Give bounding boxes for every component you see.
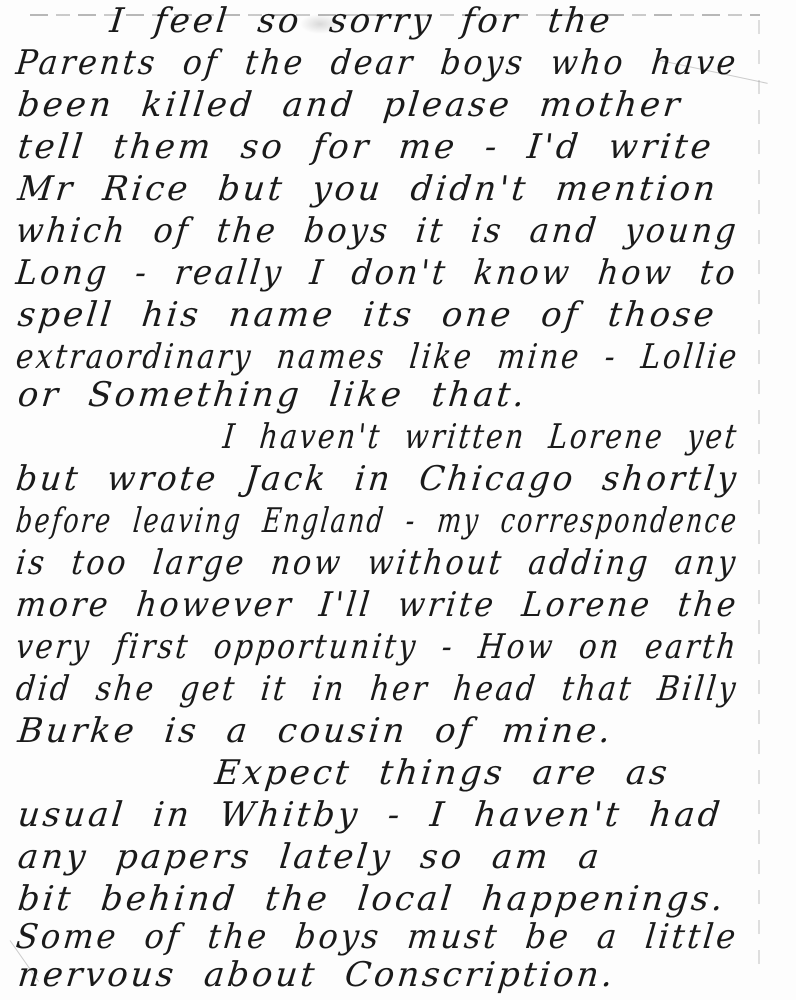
- letter-line: bit behind the local happenings.: [16, 882, 727, 916]
- letter-line: did she get it in her head that Billy: [14, 672, 739, 706]
- letter-line: more however I'll write Lorene the: [14, 588, 740, 622]
- letter-line: tell them so for me - I'd write: [16, 130, 715, 164]
- letter-line: before leaving England - my corresponden…: [14, 504, 740, 538]
- letter-line: Some of the boys must be a little: [14, 920, 739, 954]
- letter-line: very first opportunity - How on earth: [14, 630, 740, 664]
- letter-line: Long - really I don't know how to: [14, 256, 739, 290]
- letter-line: any papers lately so am a: [16, 840, 603, 874]
- letter-line: usual in Whitby - I haven't had: [16, 798, 724, 832]
- letter-line: Expect things are as: [213, 756, 671, 790]
- letter-line: I feel so sorry for the: [108, 4, 614, 38]
- letter-line: which of the boys it is and young: [14, 214, 740, 248]
- letter-line: but wrote Jack in Chicago shortly: [14, 462, 740, 496]
- letter-line: Mr Rice but you didn't mention: [16, 172, 720, 206]
- paper-right-edge: [758, 20, 760, 980]
- letter-line: Burke is a cousin of mine.: [16, 714, 615, 748]
- letter-line: I haven't written Lorene yet: [221, 420, 740, 454]
- letter-line: been killed and please mother: [16, 88, 684, 122]
- letter-line: extraordinary names like mine - Lollie: [14, 340, 740, 374]
- letter-line: is too large now without adding any: [14, 546, 739, 580]
- letter-line: nervous about Conscription.: [16, 958, 617, 992]
- letter-line: or Something like that.: [16, 378, 529, 412]
- letter-line: spell his name its one of those: [16, 298, 718, 332]
- letter-page: I feel so sorry for the Parents of the d…: [0, 0, 796, 1000]
- letter-line: Parents of the dear boys who have: [14, 46, 739, 80]
